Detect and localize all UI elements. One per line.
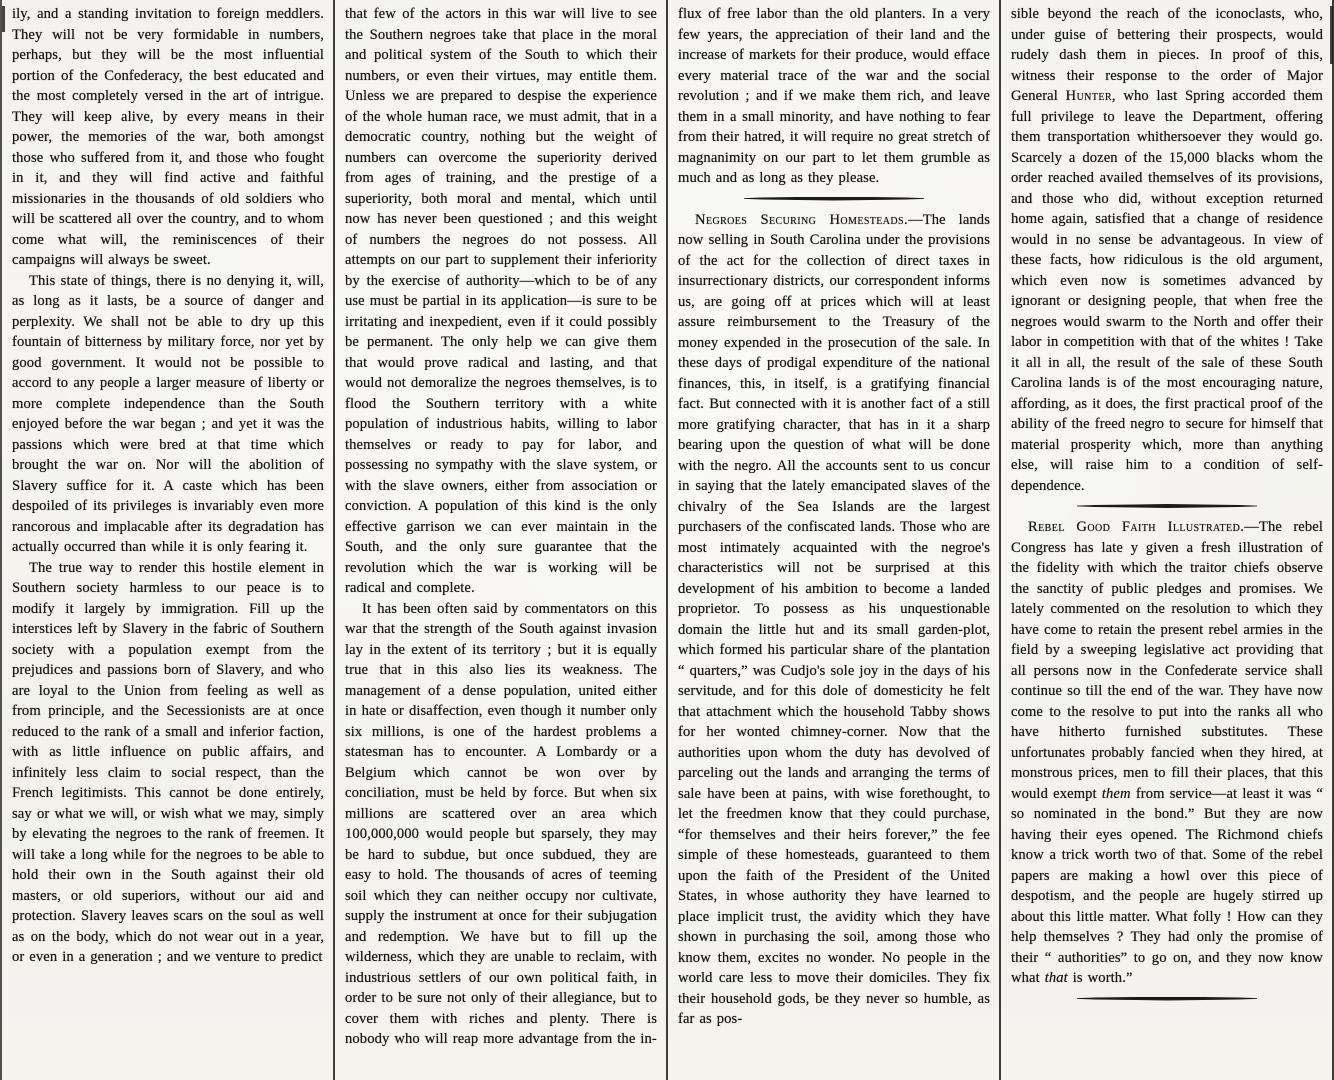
article-heading: Rebel Good Faith Illustrated. (1028, 519, 1244, 535)
article-heading: Hunter (1066, 88, 1112, 104)
newspaper-column-4: sible beyond the reach of the iconoclast… (1001, 0, 1334, 1080)
column-grid: ily, and a standing invitation to foreig… (0, 0, 1334, 1080)
scan-edge-artifact (2, 6, 5, 32)
text-segment: —The lands now selling in South Carolina… (678, 212, 990, 1028)
article-paragraph: It has been often said by commentators o… (345, 599, 657, 1050)
newspaper-page: ily, and a standing invitation to foreig… (0, 0, 1334, 1080)
text-segment: ily, and a standing invitation to foreig… (12, 6, 324, 268)
text-segment: It has been often said by commentators o… (345, 601, 657, 1048)
scan-edge-artifact (1330, 6, 1333, 64)
article-paragraph: Rebel Good Faith Illustrated.—The rebel … (1011, 517, 1323, 989)
newspaper-column-1: ily, and a standing invitation to foreig… (2, 0, 335, 1080)
text-segment: flux of free labor than the old planters… (678, 6, 990, 186)
section-divider-rule (744, 197, 924, 201)
italic-word: that (1045, 970, 1068, 986)
article-paragraph: flux of free labor than the old planters… (678, 4, 990, 189)
newspaper-column-2: that few of the actors in this war will … (335, 0, 668, 1080)
article-paragraph: The true way to render this hostile elem… (12, 558, 324, 968)
article-paragraph: Negroes Securing Homesteads.—The lands n… (678, 210, 990, 1030)
newspaper-column-3: flux of free labor than the old planters… (668, 0, 1001, 1080)
section-divider-rule (1077, 504, 1257, 508)
text-segment: that few of the actors in this war will … (345, 6, 657, 596)
article-paragraph: ily, and a standing invitation to foreig… (12, 4, 324, 271)
text-segment: —The rebel Congress has late y given a f… (1011, 519, 1323, 802)
text-segment: The true way to render this hostile elem… (12, 560, 324, 966)
text-segment: This state of things, there is no denyin… (12, 273, 324, 556)
italic-word: them (1102, 786, 1131, 802)
text-segment: from service—at least it was “ so nomina… (1011, 786, 1323, 987)
article-paragraph: sible beyond the reach of the iconoclast… (1011, 4, 1323, 496)
section-divider-rule (1077, 997, 1257, 1001)
article-paragraph: This state of things, there is no denyin… (12, 271, 324, 558)
article-heading: Negroes Securing Homesteads. (695, 212, 908, 228)
text-segment: , who last Spring accorded them full pri… (1011, 88, 1323, 494)
article-paragraph: that few of the actors in this war will … (345, 4, 657, 599)
text-segment: is worth.” (1068, 970, 1133, 986)
